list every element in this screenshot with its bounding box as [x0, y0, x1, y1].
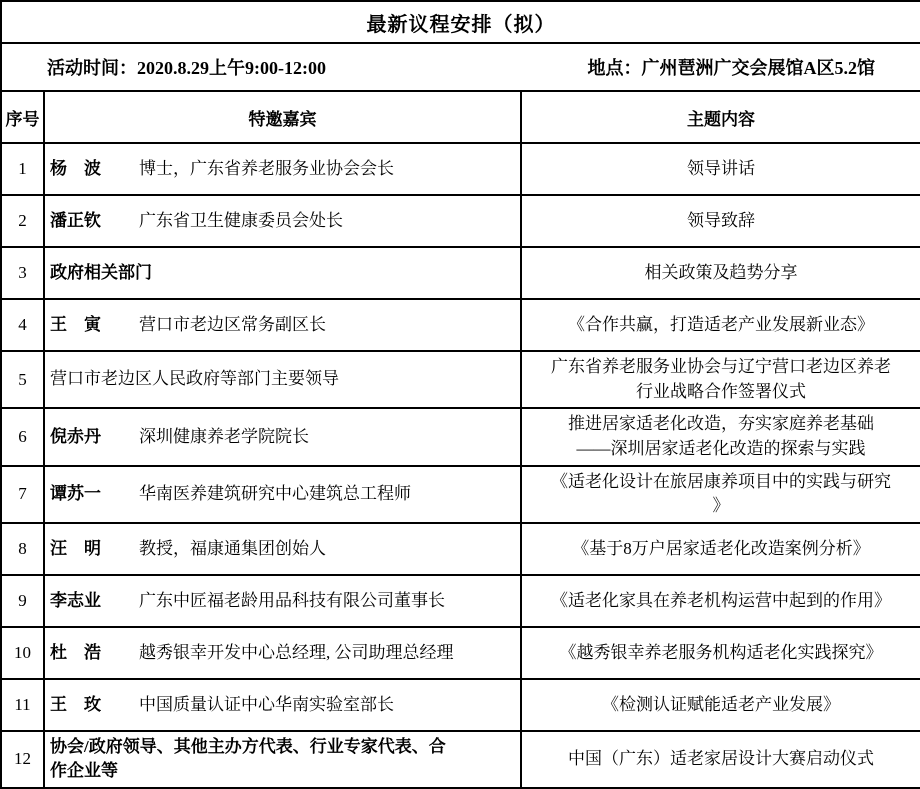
- table-row: 3 政府相关部门 相关政策及趋势分享: [1, 247, 920, 299]
- title-row: 最新议程安排（拟）: [1, 1, 920, 43]
- guest-desc: 广东省卫生健康委员会处长: [139, 211, 343, 230]
- guest-cell: 营口市老边区人民政府等部门主要领导: [44, 351, 521, 408]
- guest-cell: 谭苏一华南医养建筑研究中心建筑总工程师: [44, 466, 521, 523]
- topic-cell: 中国（广东）适老家居设计大赛启动仪式: [521, 731, 920, 788]
- table-row: 11 王 玫中国质量认证中心华南实验室部长 《检测认证赋能适老产业发展》: [1, 679, 920, 731]
- column-header-topic: 主题内容: [521, 91, 920, 143]
- topic-cell: 领导致辞: [521, 195, 920, 247]
- guest-name: 谭苏一: [50, 482, 139, 507]
- row-index: 11: [1, 679, 44, 731]
- meta-row: 活动时间：2020.8.29上午9:00-12:00 地点：广州琶洲广交会展馆A…: [1, 43, 920, 91]
- guest-name: 杜 浩: [50, 641, 139, 666]
- row-index: 2: [1, 195, 44, 247]
- topic-cell: 相关政策及趋势分享: [521, 247, 920, 299]
- guest-name: 政府相关部门: [50, 261, 152, 286]
- guest-cell: 潘正钦广东省卫生健康委员会处长: [44, 195, 521, 247]
- guest-cell: 倪赤丹深圳健康养老学院院长: [44, 408, 521, 465]
- guest-desc: 广东中匠福老龄用品科技有限公司董事长: [139, 591, 445, 610]
- guest-cell: 王 寅营口市老边区常务副区长: [44, 299, 521, 351]
- row-index: 8: [1, 523, 44, 575]
- table-row: 9 李志业广东中匠福老龄用品科技有限公司董事长 《适老化家具在养老机构运营中起到…: [1, 575, 920, 627]
- guest-name: 王 玫: [50, 693, 139, 718]
- row-index: 9: [1, 575, 44, 627]
- row-index: 6: [1, 408, 44, 465]
- activity-time: 活动时间：2020.8.29上午9:00-12:00: [47, 54, 326, 80]
- guest-desc: 越秀银幸开发中心总经理, 公司助理总经理: [139, 643, 454, 662]
- guest-desc: 教授，福康通集团创始人: [139, 539, 326, 558]
- row-index: 7: [1, 466, 44, 523]
- venue-location: 地点：广州琶洲广交会展馆A区5.2馆: [588, 54, 876, 80]
- row-index: 5: [1, 351, 44, 408]
- venue-location-label: 地点：: [588, 58, 642, 78]
- activity-time-value: 2020.8.29上午9:00-12:00: [137, 58, 326, 78]
- guest-desc: 华南医养建筑研究中心建筑总工程师: [139, 484, 411, 503]
- guest-name: 协会/政府领导、其他主办方代表、行业专家代表、合 作企业等: [50, 735, 446, 784]
- column-header-guest: 特邀嘉宾: [44, 91, 521, 143]
- guest-cell: 杨 波博士，广东省养老服务业协会会长: [44, 143, 521, 195]
- table-row: 10 杜 浩越秀银幸开发中心总经理, 公司助理总经理 《越秀银幸养老服务机构适老…: [1, 627, 920, 679]
- topic-cell: 《合作共赢，打造适老产业发展新业态》: [521, 299, 920, 351]
- guest-cell: 协会/政府领导、其他主办方代表、行业专家代表、合 作企业等: [44, 731, 521, 788]
- topic-cell: 《检测认证赋能适老产业发展》: [521, 679, 920, 731]
- guest-name: 李志业: [50, 589, 139, 614]
- header-row: 序号 特邀嘉宾 主题内容: [1, 91, 920, 143]
- table-row: 1 杨 波博士，广东省养老服务业协会会长 领导讲话: [1, 143, 920, 195]
- guest-cell: 汪 明教授，福康通集团创始人: [44, 523, 521, 575]
- guest-name: 王 寅: [50, 313, 139, 338]
- guest-name: 潘正钦: [50, 209, 139, 234]
- guest-cell: 王 玫中国质量认证中心华南实验室部长: [44, 679, 521, 731]
- table-row: 5 营口市老边区人民政府等部门主要领导 广东省养老服务业协会与辽宁营口老边区养老…: [1, 351, 920, 408]
- row-index: 10: [1, 627, 44, 679]
- guest-desc: 博士，广东省养老服务业协会会长: [139, 159, 394, 178]
- column-header-index: 序号: [1, 91, 44, 143]
- topic-cell: 《越秀银幸养老服务机构适老化实践探究》: [521, 627, 920, 679]
- table-row: 4 王 寅营口市老边区常务副区长 《合作共赢，打造适老产业发展新业态》: [1, 299, 920, 351]
- topic-cell: 广东省养老服务业协会与辽宁营口老边区养老 行业战略合作签署仪式: [521, 351, 920, 408]
- topic-cell: 《适老化家具在养老机构运营中起到的作用》: [521, 575, 920, 627]
- table-row: 12 协会/政府领导、其他主办方代表、行业专家代表、合 作企业等 中国（广东）适…: [1, 731, 920, 788]
- row-index: 1: [1, 143, 44, 195]
- venue-location-value: 广州琶洲广交会展馆A区5.2馆: [642, 58, 876, 78]
- guest-name: 汪 明: [50, 537, 139, 562]
- guest-desc: 营口市老边区人民政府等部门主要领导: [50, 369, 339, 388]
- guest-name: 杨 波: [50, 157, 139, 182]
- activity-time-label: 活动时间：: [47, 58, 137, 78]
- topic-cell: 推进居家适老化改造，夯实家庭养老基础 ——深圳居家适老化改造的探索与实践: [521, 408, 920, 465]
- guest-cell: 杜 浩越秀银幸开发中心总经理, 公司助理总经理: [44, 627, 521, 679]
- guest-cell: 政府相关部门: [44, 247, 521, 299]
- guest-desc: 中国质量认证中心华南实验室部长: [139, 695, 394, 714]
- guest-desc: 营口市老边区常务副区长: [139, 315, 326, 334]
- row-index: 4: [1, 299, 44, 351]
- guest-cell: 李志业广东中匠福老龄用品科技有限公司董事长: [44, 575, 521, 627]
- topic-cell: 领导讲话: [521, 143, 920, 195]
- agenda-table: 最新议程安排（拟） 活动时间：2020.8.29上午9:00-12:00 地点：…: [0, 0, 920, 789]
- row-index: 3: [1, 247, 44, 299]
- table-row: 7 谭苏一华南医养建筑研究中心建筑总工程师 《适老化设计在旅居康养项目中的实践与…: [1, 466, 920, 523]
- guest-name: 倪赤丹: [50, 425, 139, 450]
- page-title: 最新议程安排（拟）: [1, 1, 920, 43]
- table-row: 2 潘正钦广东省卫生健康委员会处长 领导致辞: [1, 195, 920, 247]
- meta-cell: 活动时间：2020.8.29上午9:00-12:00 地点：广州琶洲广交会展馆A…: [1, 43, 920, 91]
- table-row: 8 汪 明教授，福康通集团创始人 《基于8万户居家适老化改造案例分析》: [1, 523, 920, 575]
- table-row: 6 倪赤丹深圳健康养老学院院长 推进居家适老化改造，夯实家庭养老基础 ——深圳居…: [1, 408, 920, 465]
- topic-cell: 《适老化设计在旅居康养项目中的实践与研究 》: [521, 466, 920, 523]
- row-index: 12: [1, 731, 44, 788]
- guest-desc: 深圳健康养老学院院长: [139, 427, 309, 446]
- topic-cell: 《基于8万户居家适老化改造案例分析》: [521, 523, 920, 575]
